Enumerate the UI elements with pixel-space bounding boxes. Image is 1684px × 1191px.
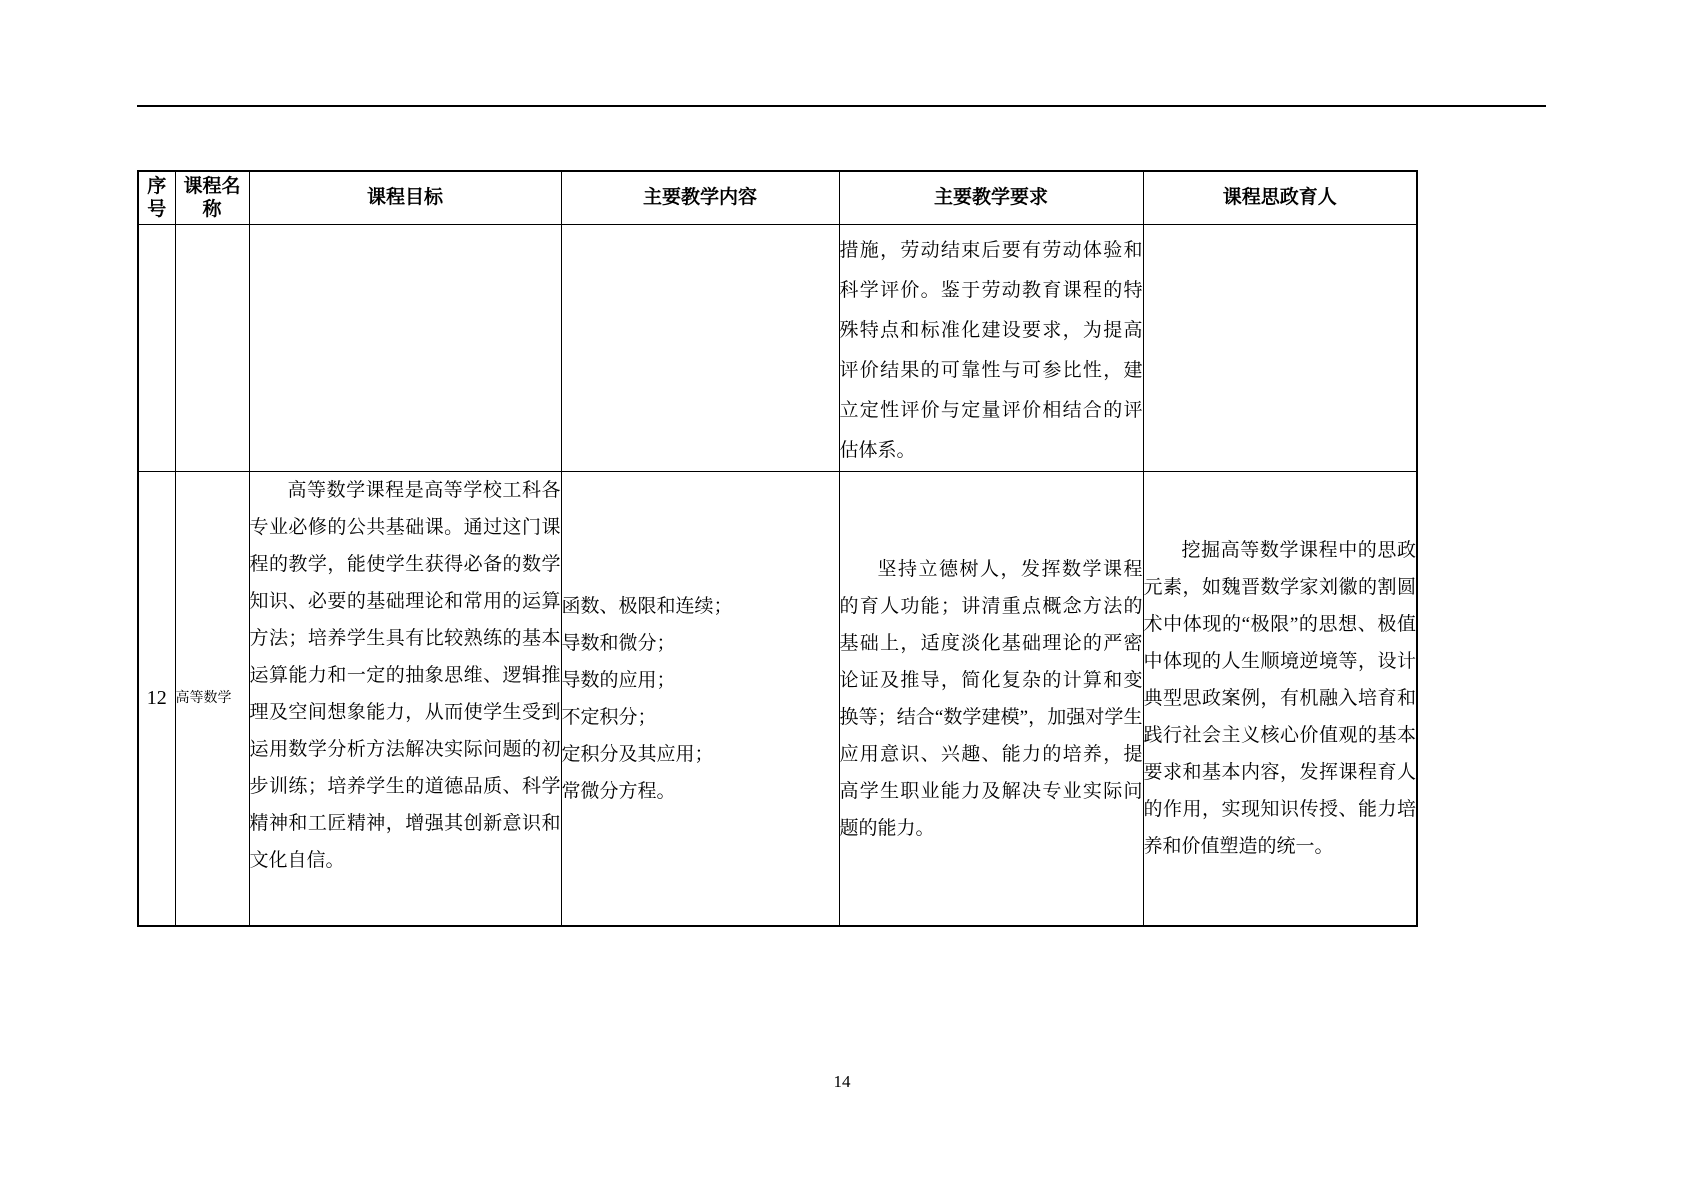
cell-seq — [138, 225, 175, 472]
content-line: 函数、极限和连续； — [562, 588, 839, 625]
document-page: 序号 课程名称 课程目标 主要教学内容 主要教学要求 课程思政育人 措施，劳动结… — [0, 0, 1684, 1191]
col-header-course-name: 课程名称 — [175, 171, 249, 225]
content-line: 定积分及其应用； — [562, 736, 839, 773]
header-rule — [137, 105, 1546, 107]
content-line: 常微分方程。 — [562, 773, 839, 810]
course-name-text: 高等数学 — [176, 688, 249, 710]
cell-teaching-content: 函数、极限和连续； 导数和微分； 导数的应用； 不定积分； 定积分及其应用； 常… — [561, 472, 839, 927]
teaching-content-list: 函数、极限和连续； 导数和微分； 导数的应用； 不定积分； 定积分及其应用； 常… — [562, 588, 839, 810]
cell-course-name: 高等数学 — [175, 472, 249, 927]
objectives-paragraph: 高等数学课程是高等学校工科各专业必修的公共基础课。通过这门课程的教学，能使学生获… — [250, 472, 561, 879]
cell-ideology: 挖掘高等数学课程中的思政元素，如魏晋数学家刘徽的割圆术中体现的“极限”的思想、极… — [1143, 472, 1417, 927]
col-header-objectives: 课程目标 — [249, 171, 561, 225]
cell-seq: 12 — [138, 472, 175, 927]
table-row-continuation: 措施，劳动结束后要有劳动体验和科学评价。鉴于劳动教育课程的特殊特点和标准化建设要… — [138, 225, 1417, 472]
col-header-seq: 序号 — [138, 171, 175, 225]
col-header-teaching-content: 主要教学内容 — [561, 171, 839, 225]
cell-course-name — [175, 225, 249, 472]
requirements-paragraph: 坚持立德树人，发挥数学课程的育人功能；讲清重点概念方法的基础上，适度淡化基础理论… — [840, 551, 1143, 847]
table-row-course-12: 12 高等数学 高等数学课程是高等学校工科各专业必修的公共基础课。通过这门课程的… — [138, 472, 1417, 927]
page-number: 14 — [0, 1072, 1684, 1092]
content-line: 不定积分； — [562, 699, 839, 736]
table-header-row: 序号 课程名称 课程目标 主要教学内容 主要教学要求 课程思政育人 — [138, 171, 1417, 225]
col-header-teaching-requirements: 主要教学要求 — [839, 171, 1143, 225]
cell-teaching-content — [561, 225, 839, 472]
cell-ideology — [1143, 225, 1417, 472]
col-header-ideology: 课程思政育人 — [1143, 171, 1417, 225]
content-line: 导数和微分； — [562, 625, 839, 662]
cell-objectives: 高等数学课程是高等学校工科各专业必修的公共基础课。通过这门课程的教学，能使学生获… — [249, 472, 561, 927]
requirements-paragraph: 措施，劳动结束后要有劳动体验和科学评价。鉴于劳动教育课程的特殊特点和标准化建设要… — [840, 231, 1143, 471]
cell-teaching-requirements: 措施，劳动结束后要有劳动体验和科学评价。鉴于劳动教育课程的特殊特点和标准化建设要… — [839, 225, 1143, 472]
cell-teaching-requirements: 坚持立德树人，发挥数学课程的育人功能；讲清重点概念方法的基础上，适度淡化基础理论… — [839, 472, 1143, 927]
ideology-paragraph: 挖掘高等数学课程中的思政元素，如魏晋数学家刘徽的割圆术中体现的“极限”的思想、极… — [1144, 532, 1417, 865]
cell-objectives — [249, 225, 561, 472]
course-table: 序号 课程名称 课程目标 主要教学内容 主要教学要求 课程思政育人 措施，劳动结… — [137, 170, 1418, 927]
content-line: 导数的应用； — [562, 662, 839, 699]
